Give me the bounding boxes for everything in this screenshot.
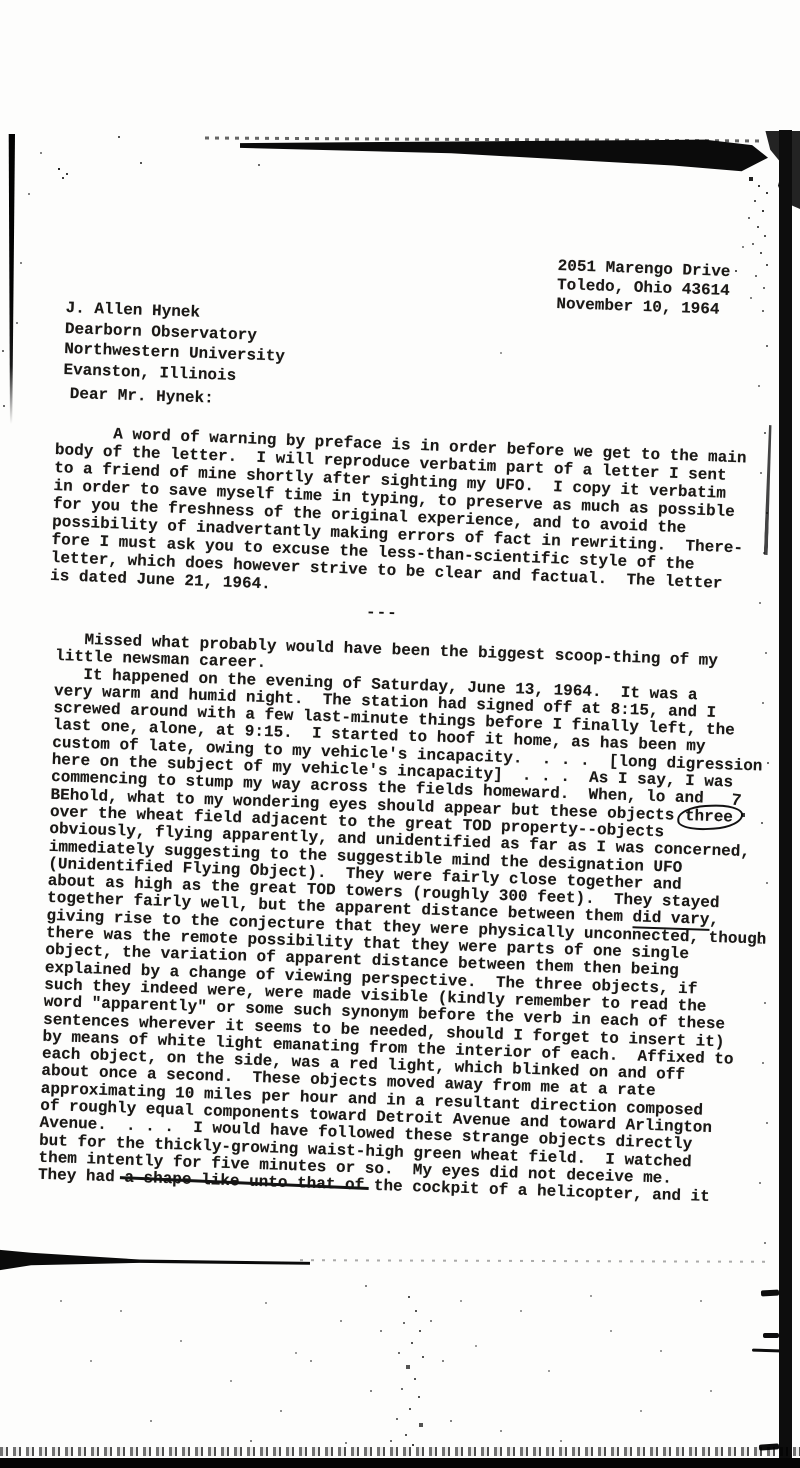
scan-artifact-bottom-dotted-line xyxy=(300,1259,770,1263)
scan-artifact-bottom-bar xyxy=(0,1458,800,1468)
scan-artifact-speckles xyxy=(0,0,2,2)
scan-artifact-bottom-wedge xyxy=(0,1248,310,1272)
scan-artifact-top-dotted-line xyxy=(205,137,765,143)
scan-artifact-dirt-band xyxy=(0,1447,800,1456)
scan-artifact-tick xyxy=(763,1333,779,1338)
recipient-address-block: J. Allen HynekDearborn ObservatoryNorthw… xyxy=(63,298,287,388)
scan-artifact-tick xyxy=(759,1443,779,1450)
line-text: They had xyxy=(38,1166,125,1187)
letter-paragraph-preface: A word of warning by preface is in order… xyxy=(50,423,747,611)
scan-artifact-tick xyxy=(761,1290,779,1297)
scan-artifact-corner-blob xyxy=(752,131,800,209)
section-divider: --- xyxy=(366,603,398,622)
scan-artifact-tick xyxy=(752,1349,780,1353)
scan-artifact-right-bar xyxy=(779,130,792,1468)
scanned-letter-page: 2051 Marengo DriveToledo, Ohio 43614Nove… xyxy=(0,0,800,1468)
letter-paragraph-sighting-c: giving rise to the conjecture that they … xyxy=(38,908,766,1191)
sender-address-block: 2051 Marengo DriveToledo, Ohio 43614Nove… xyxy=(556,257,731,320)
scan-artifact-right-streak xyxy=(764,425,773,555)
letter-body-quoted: Missed what probably would have been the… xyxy=(38,631,776,1208)
line-text: , xyxy=(709,911,719,929)
circled-word-three: three xyxy=(684,807,735,827)
scan-artifact-top-wedge xyxy=(240,139,768,173)
scan-artifact-left-streak xyxy=(8,134,15,424)
salutation: Dear Mr. Hynek: xyxy=(69,386,214,408)
